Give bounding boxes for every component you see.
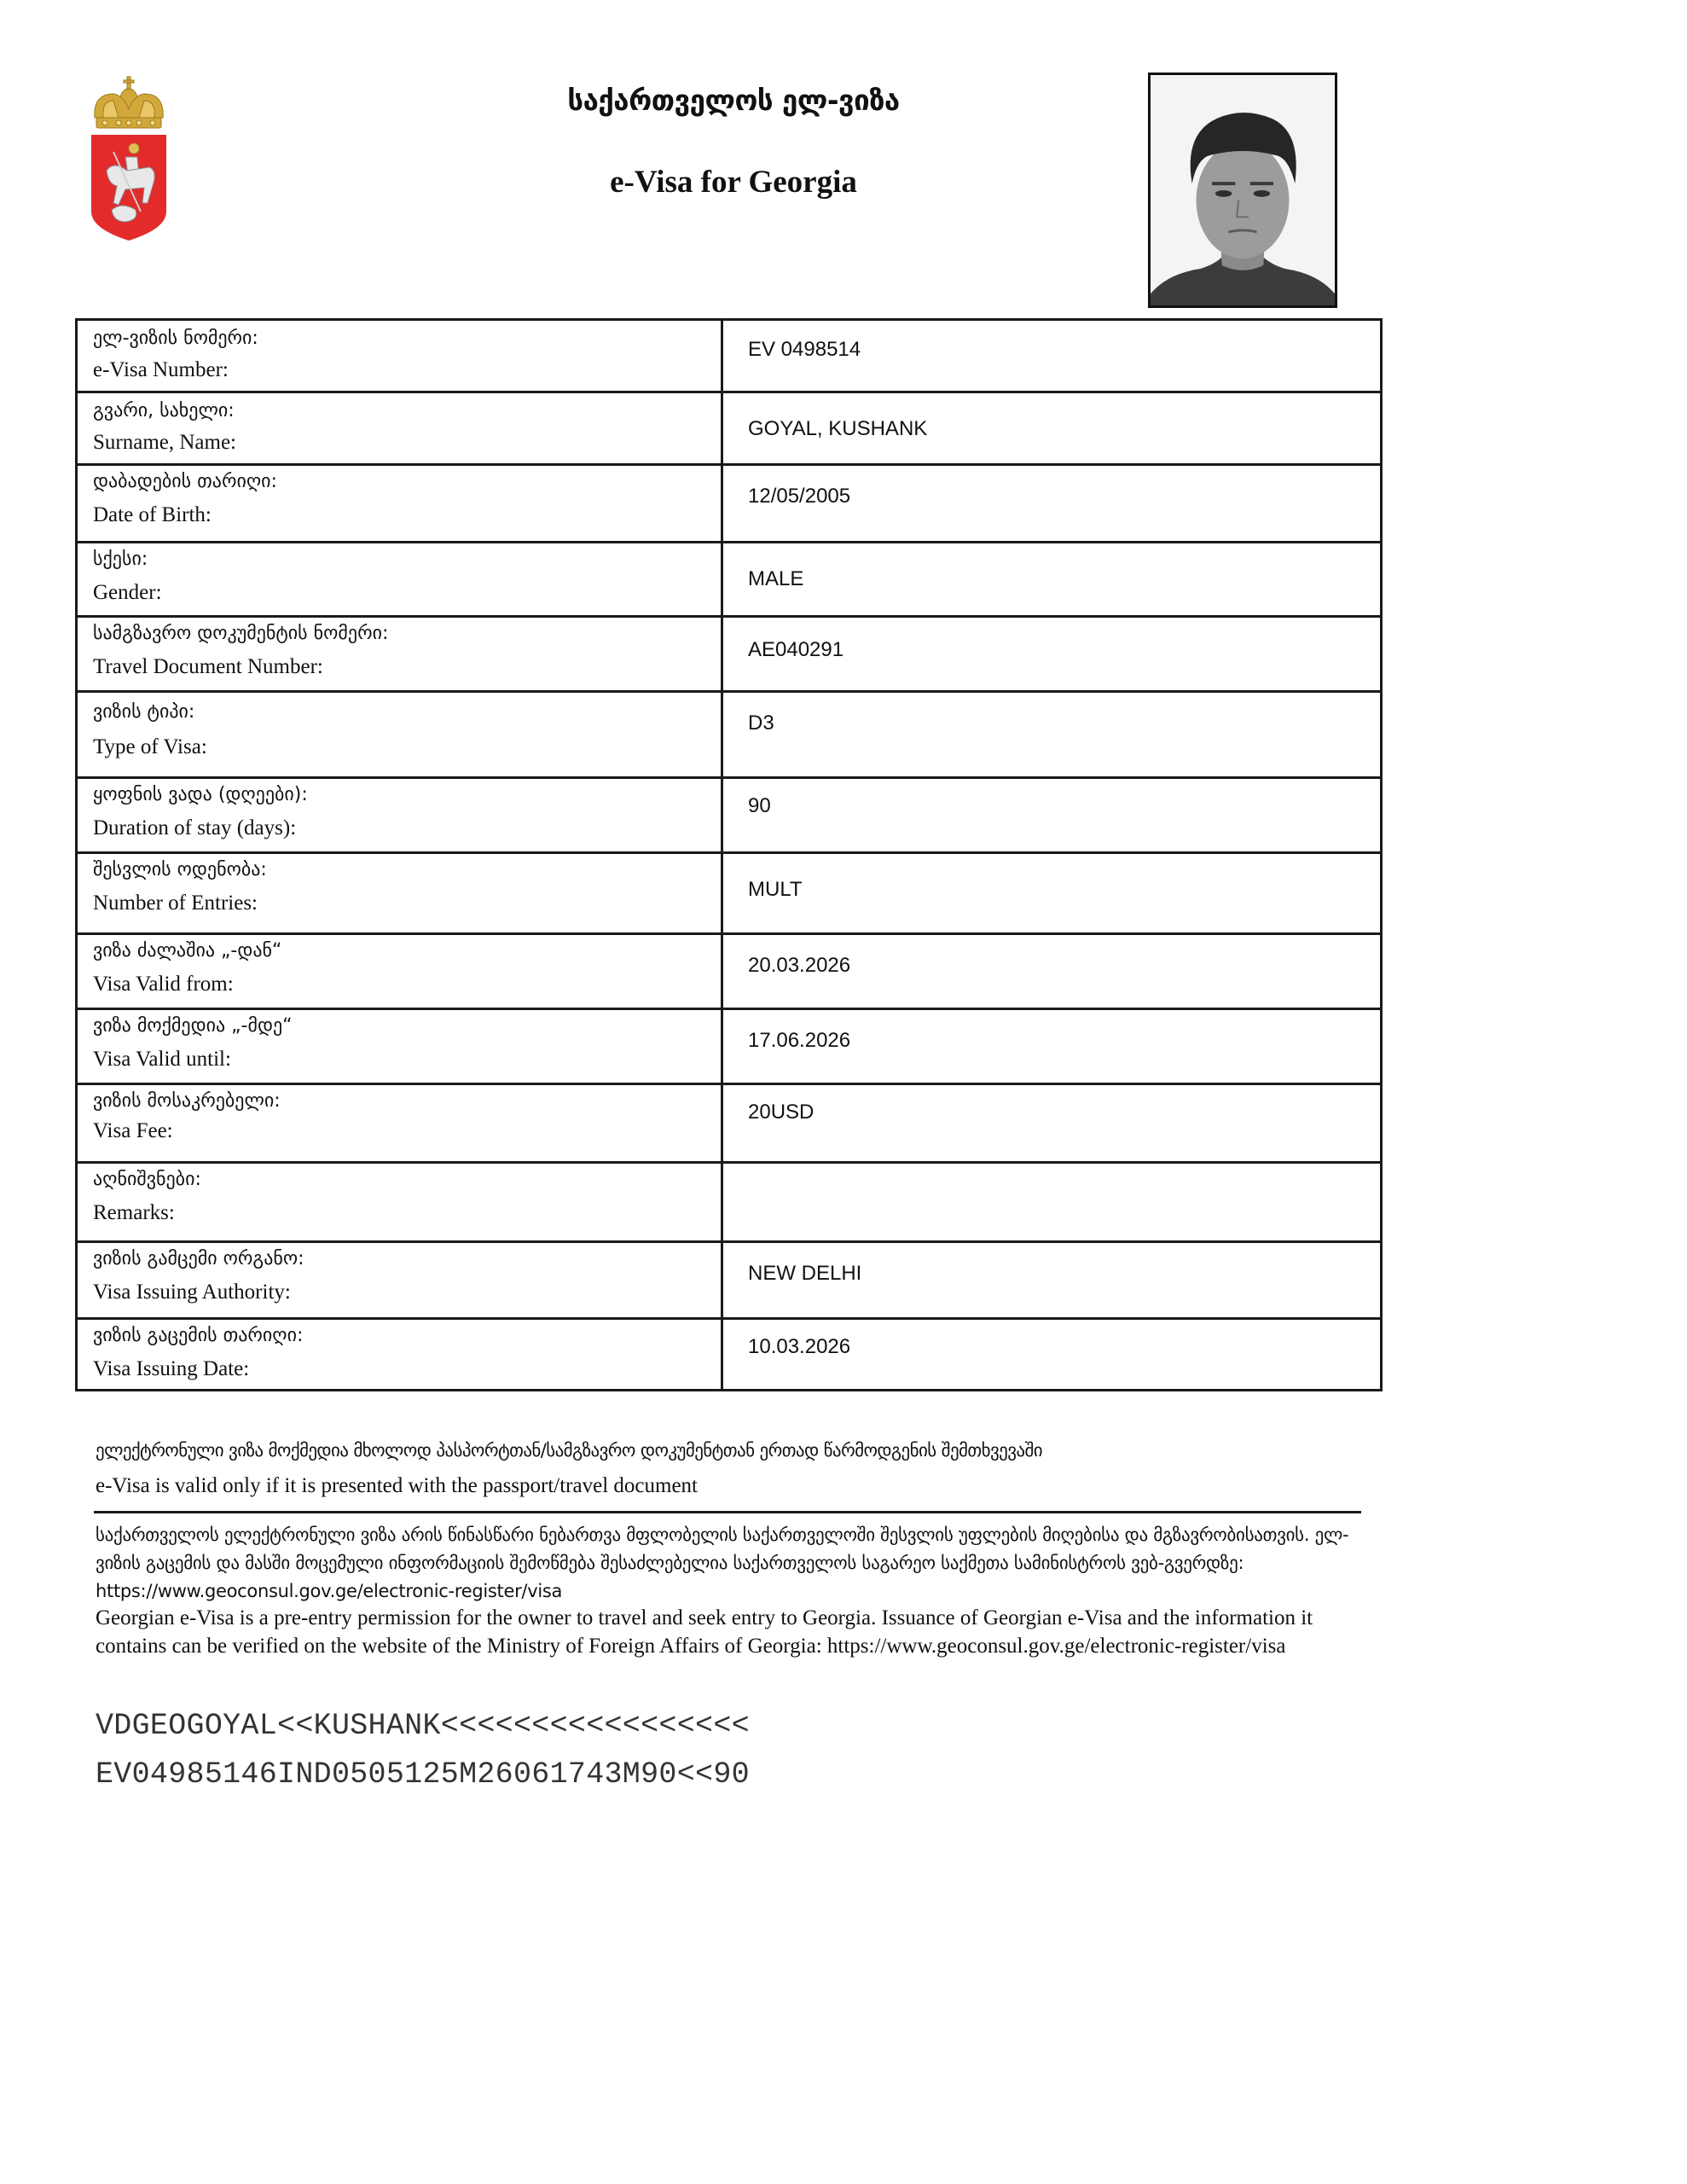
- field-label-georgian: გვარი, სახელი:: [93, 400, 235, 421]
- mrz-line-1: VDGEOGOYAL<<KUSHANK<<<<<<<<<<<<<<<<<: [96, 1709, 750, 1743]
- field-label-cell: ვიზა ძალაშია „-დან“Visa Valid from:: [78, 935, 723, 1008]
- field-label-georgian: ყოფნის ვადა (დღეები):: [93, 784, 308, 805]
- field-value: GOYAL, KUSHANK: [748, 417, 927, 441]
- field-label-cell: შესვლის ოდენობა:Number of Entries:: [78, 854, 723, 932]
- field-label-english: Surname, Name:: [93, 431, 236, 455]
- field-label-cell: ელ-ვიზის ნომერი:e-Visa Number:: [78, 321, 723, 391]
- field-value: 17.06.2026: [748, 1029, 850, 1053]
- field-value-cell: NEW DELHI: [723, 1243, 1380, 1317]
- field-label-english: Visa Issuing Date:: [93, 1357, 249, 1381]
- table-row: ვიზის ტიპი:Type of Visa:D3: [78, 693, 1380, 779]
- divider: [94, 1511, 1361, 1513]
- field-label-english: Gender:: [93, 581, 162, 605]
- field-label-english: Type of Visa:: [93, 735, 207, 759]
- field-label-english: Date of Birth:: [93, 503, 212, 527]
- field-value-cell: 90: [723, 779, 1380, 851]
- table-row: შესვლის ოდენობა:Number of Entries:MULT: [78, 854, 1380, 935]
- field-label-cell: დაბადების თარიღი:Date of Birth:: [78, 466, 723, 541]
- field-label-georgian: ვიზის გაცემის თარიღი:: [93, 1325, 303, 1346]
- field-value-cell: MULT: [723, 854, 1380, 932]
- table-row: გვარი, სახელი:Surname, Name:GOYAL, KUSHA…: [78, 393, 1380, 466]
- table-row: სქესი:Gender:MALE: [78, 543, 1380, 618]
- field-label-georgian: შესვლის ოდენობა:: [93, 859, 267, 880]
- field-value-cell: GOYAL, KUSHANK: [723, 393, 1380, 463]
- field-label-english: Visa Valid from:: [93, 973, 234, 996]
- table-row: სამგზავრო დოკუმენტის ნომერი:Travel Docum…: [78, 618, 1380, 693]
- field-label-georgian: დაბადების თარიღი:: [93, 471, 277, 492]
- field-value: AE040291: [748, 638, 843, 662]
- field-label-english: Visa Fee:: [93, 1119, 173, 1143]
- mrz-line-2: EV04985146IND0505125M26061743M90<<90: [96, 1757, 750, 1792]
- field-label-english: Duration of stay (days):: [93, 816, 296, 840]
- field-label-english: Visa Valid until:: [93, 1048, 231, 1072]
- field-value-cell: EV 0498514: [723, 321, 1380, 391]
- field-label-cell: ვიზის გამცემი ორგანო:Visa Issuing Author…: [78, 1243, 723, 1317]
- field-label-georgian: ვიზის ტიპი:: [93, 701, 194, 723]
- table-row: ყოფნის ვადა (დღეები):Duration of stay (d…: [78, 779, 1380, 854]
- table-row: ელ-ვიზის ნომერი:e-Visa Number:EV 0498514: [78, 321, 1380, 393]
- field-value: NEW DELHI: [748, 1262, 861, 1286]
- document-title-english: e-Visa for Georgia: [478, 164, 989, 200]
- field-value: 12/05/2005: [748, 485, 850, 508]
- field-label-english: Remarks:: [93, 1201, 175, 1225]
- field-label-georgian: ვიზის გამცემი ორგანო:: [93, 1248, 304, 1269]
- field-value-cell: 17.06.2026: [723, 1010, 1380, 1083]
- field-label-english: Number of Entries:: [93, 892, 258, 915]
- field-value-cell: MALE: [723, 543, 1380, 615]
- field-label-cell: ვიზა მოქმედია „-მდე“Visa Valid until:: [78, 1010, 723, 1083]
- field-value-cell: 20USD: [723, 1085, 1380, 1161]
- field-label-georgian: ვიზა მოქმედია „-მდე“: [93, 1015, 293, 1037]
- field-value-cell: 10.03.2026: [723, 1320, 1380, 1389]
- field-label-cell: ვიზის მოსაკრებელი:Visa Fee:: [78, 1085, 723, 1161]
- field-value: 20USD: [748, 1101, 814, 1124]
- field-value: 20.03.2026: [748, 954, 850, 978]
- field-label-cell: ვიზის ტიპი:Type of Visa:: [78, 693, 723, 776]
- table-row: ვიზა ძალაშია „-დან“Visa Valid from:20.03…: [78, 935, 1380, 1010]
- field-label-english: Visa Issuing Authority:: [93, 1281, 291, 1304]
- field-value: MALE: [748, 567, 803, 591]
- field-label-english: Travel Document Number:: [93, 655, 323, 679]
- field-label-cell: გვარი, სახელი:Surname, Name:: [78, 393, 723, 463]
- field-value-cell: 12/05/2005: [723, 466, 1380, 541]
- field-label-cell: ვიზის გაცემის თარიღი:Visa Issuing Date:: [78, 1320, 723, 1389]
- field-label-cell: ყოფნის ვადა (დღეები):Duration of stay (d…: [78, 779, 723, 851]
- field-value-cell: [723, 1164, 1380, 1240]
- document-title-georgian: საქართველოს ელ-ვიზა: [478, 84, 989, 117]
- field-label-georgian: ვიზის მოსაკრებელი:: [93, 1090, 281, 1112]
- info-paragraph-georgian: საქართველოს ელექტრონული ვიზა არის წინასწ…: [96, 1521, 1375, 1606]
- table-row: აღნიშვნები:Remarks:: [78, 1164, 1380, 1243]
- table-row: დაბადების თარიღი:Date of Birth:12/05/200…: [78, 466, 1380, 543]
- field-label-english: e-Visa Number:: [93, 358, 229, 382]
- holder-photo: [1148, 73, 1337, 308]
- field-label-cell: აღნიშვნები:Remarks:: [78, 1164, 723, 1240]
- field-label-georgian: აღნიშვნები:: [93, 1169, 201, 1190]
- field-label-cell: სქესი:Gender:: [78, 543, 723, 615]
- field-value: D3: [748, 712, 774, 735]
- field-value: 90: [748, 794, 771, 818]
- field-value: MULT: [748, 878, 803, 902]
- field-value-cell: AE040291: [723, 618, 1380, 690]
- field-value-cell: 20.03.2026: [723, 935, 1380, 1008]
- georgia-coat-of-arms-icon: [88, 75, 170, 242]
- field-label-georgian: ელ-ვიზის ნომერი:: [93, 328, 258, 349]
- table-row: ვიზის გამცემი ორგანო:Visa Issuing Author…: [78, 1243, 1380, 1320]
- field-label-georgian: ვიზა ძალაშია „-დან“: [93, 940, 281, 961]
- field-label-georgian: სამგზავრო დოკუმენტის ნომერი:: [93, 623, 388, 644]
- field-value: 10.03.2026: [748, 1335, 850, 1359]
- field-value-cell: D3: [723, 693, 1380, 776]
- info-paragraph-english: Georgian e-Visa is a pre-entry permissio…: [96, 1604, 1375, 1660]
- field-label-georgian: სქესი:: [93, 549, 148, 570]
- table-row: ვიზა მოქმედია „-მდე“Visa Valid until:17.…: [78, 1010, 1380, 1085]
- field-label-cell: სამგზავრო დოკუმენტის ნომერი:Travel Docum…: [78, 618, 723, 690]
- field-value: EV 0498514: [748, 338, 861, 362]
- validity-note-georgian: ელექტრონული ვიზა მოქმედია მხოლოდ პასპორტ…: [96, 1440, 1042, 1461]
- table-row: ვიზის მოსაკრებელი:Visa Fee:20USD: [78, 1085, 1380, 1164]
- validity-note-english: e-Visa is valid only if it is presented …: [96, 1474, 698, 1498]
- visa-details-table: ელ-ვიზის ნომერი:e-Visa Number:EV 0498514…: [75, 318, 1383, 1391]
- table-row: ვიზის გაცემის თარიღი:Visa Issuing Date:1…: [78, 1320, 1380, 1389]
